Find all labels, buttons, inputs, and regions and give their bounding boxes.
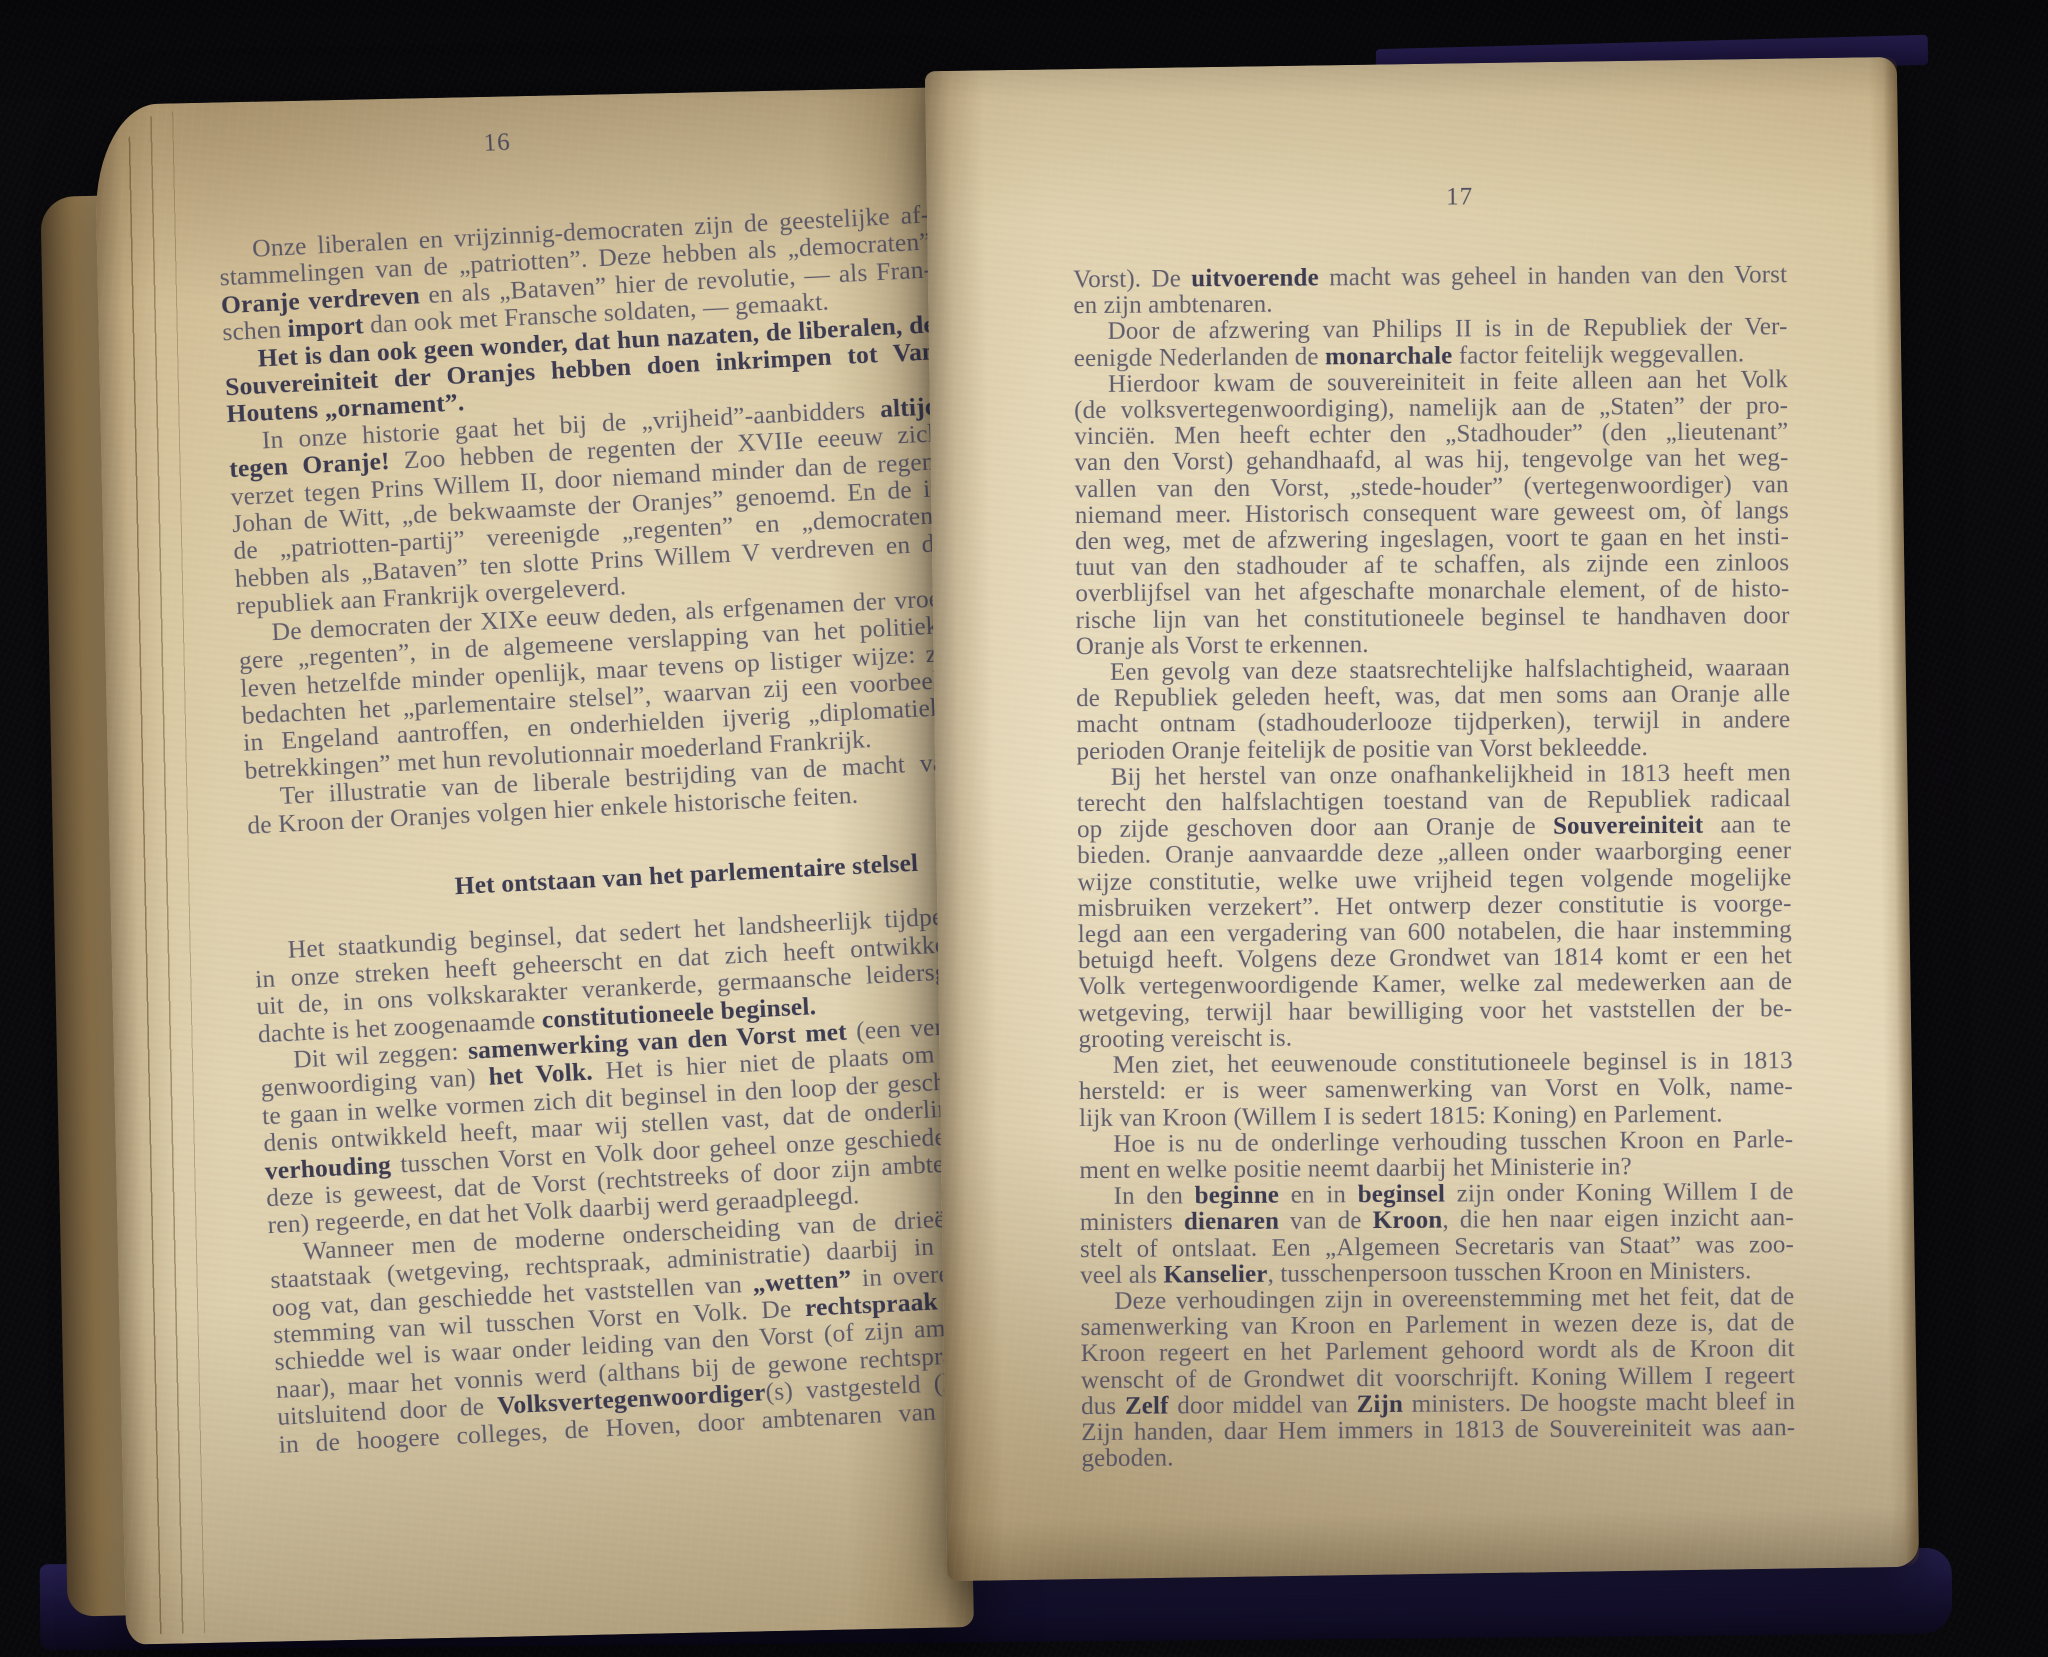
text-line: wetgeving, terwijl haar bewilliging voor… (1078, 996, 1792, 1027)
text-line: Hoe is nu de onderlinge verhouding tussc… (1079, 1127, 1793, 1158)
right-page: 17 Vorst). De uitvoerende macht was gehe… (925, 57, 1919, 1581)
left-page-lines: Onze liberalen en vrijzinnig-democraten … (218, 200, 991, 1458)
left-page-text: 16 Onze liberalen en vrijzinnig-democrat… (213, 107, 991, 1458)
page-number-left: 16 (141, 110, 854, 176)
page-number-right: 17 (1103, 180, 1817, 215)
left-page-edge-stack (108, 111, 214, 1634)
right-page-edge (1883, 57, 1919, 1567)
text-line: Vorst). De uitvoerende macht was geheel … (1073, 262, 1787, 293)
right-page-lines: Vorst). De uitvoerende macht was geheel … (1073, 262, 1795, 1472)
text-line: macht ontnam (stadhouderlooze tijdperken… (1076, 708, 1790, 739)
text-line: rische lijn van het constitutioneele beg… (1076, 603, 1790, 634)
text-line: geboden. (1081, 1441, 1795, 1472)
text-line: Zijn handen, daar Hem immers in 1813 de … (1081, 1415, 1795, 1446)
right-page-text: 17 Vorst). De uitvoerende macht was gehe… (1073, 180, 1796, 1472)
book-photo-scene: 16 Onze liberalen en vrijzinnig-democrat… (0, 0, 2048, 1657)
left-page: 16 Onze liberalen en vrijzinnig-democrat… (94, 87, 974, 1644)
